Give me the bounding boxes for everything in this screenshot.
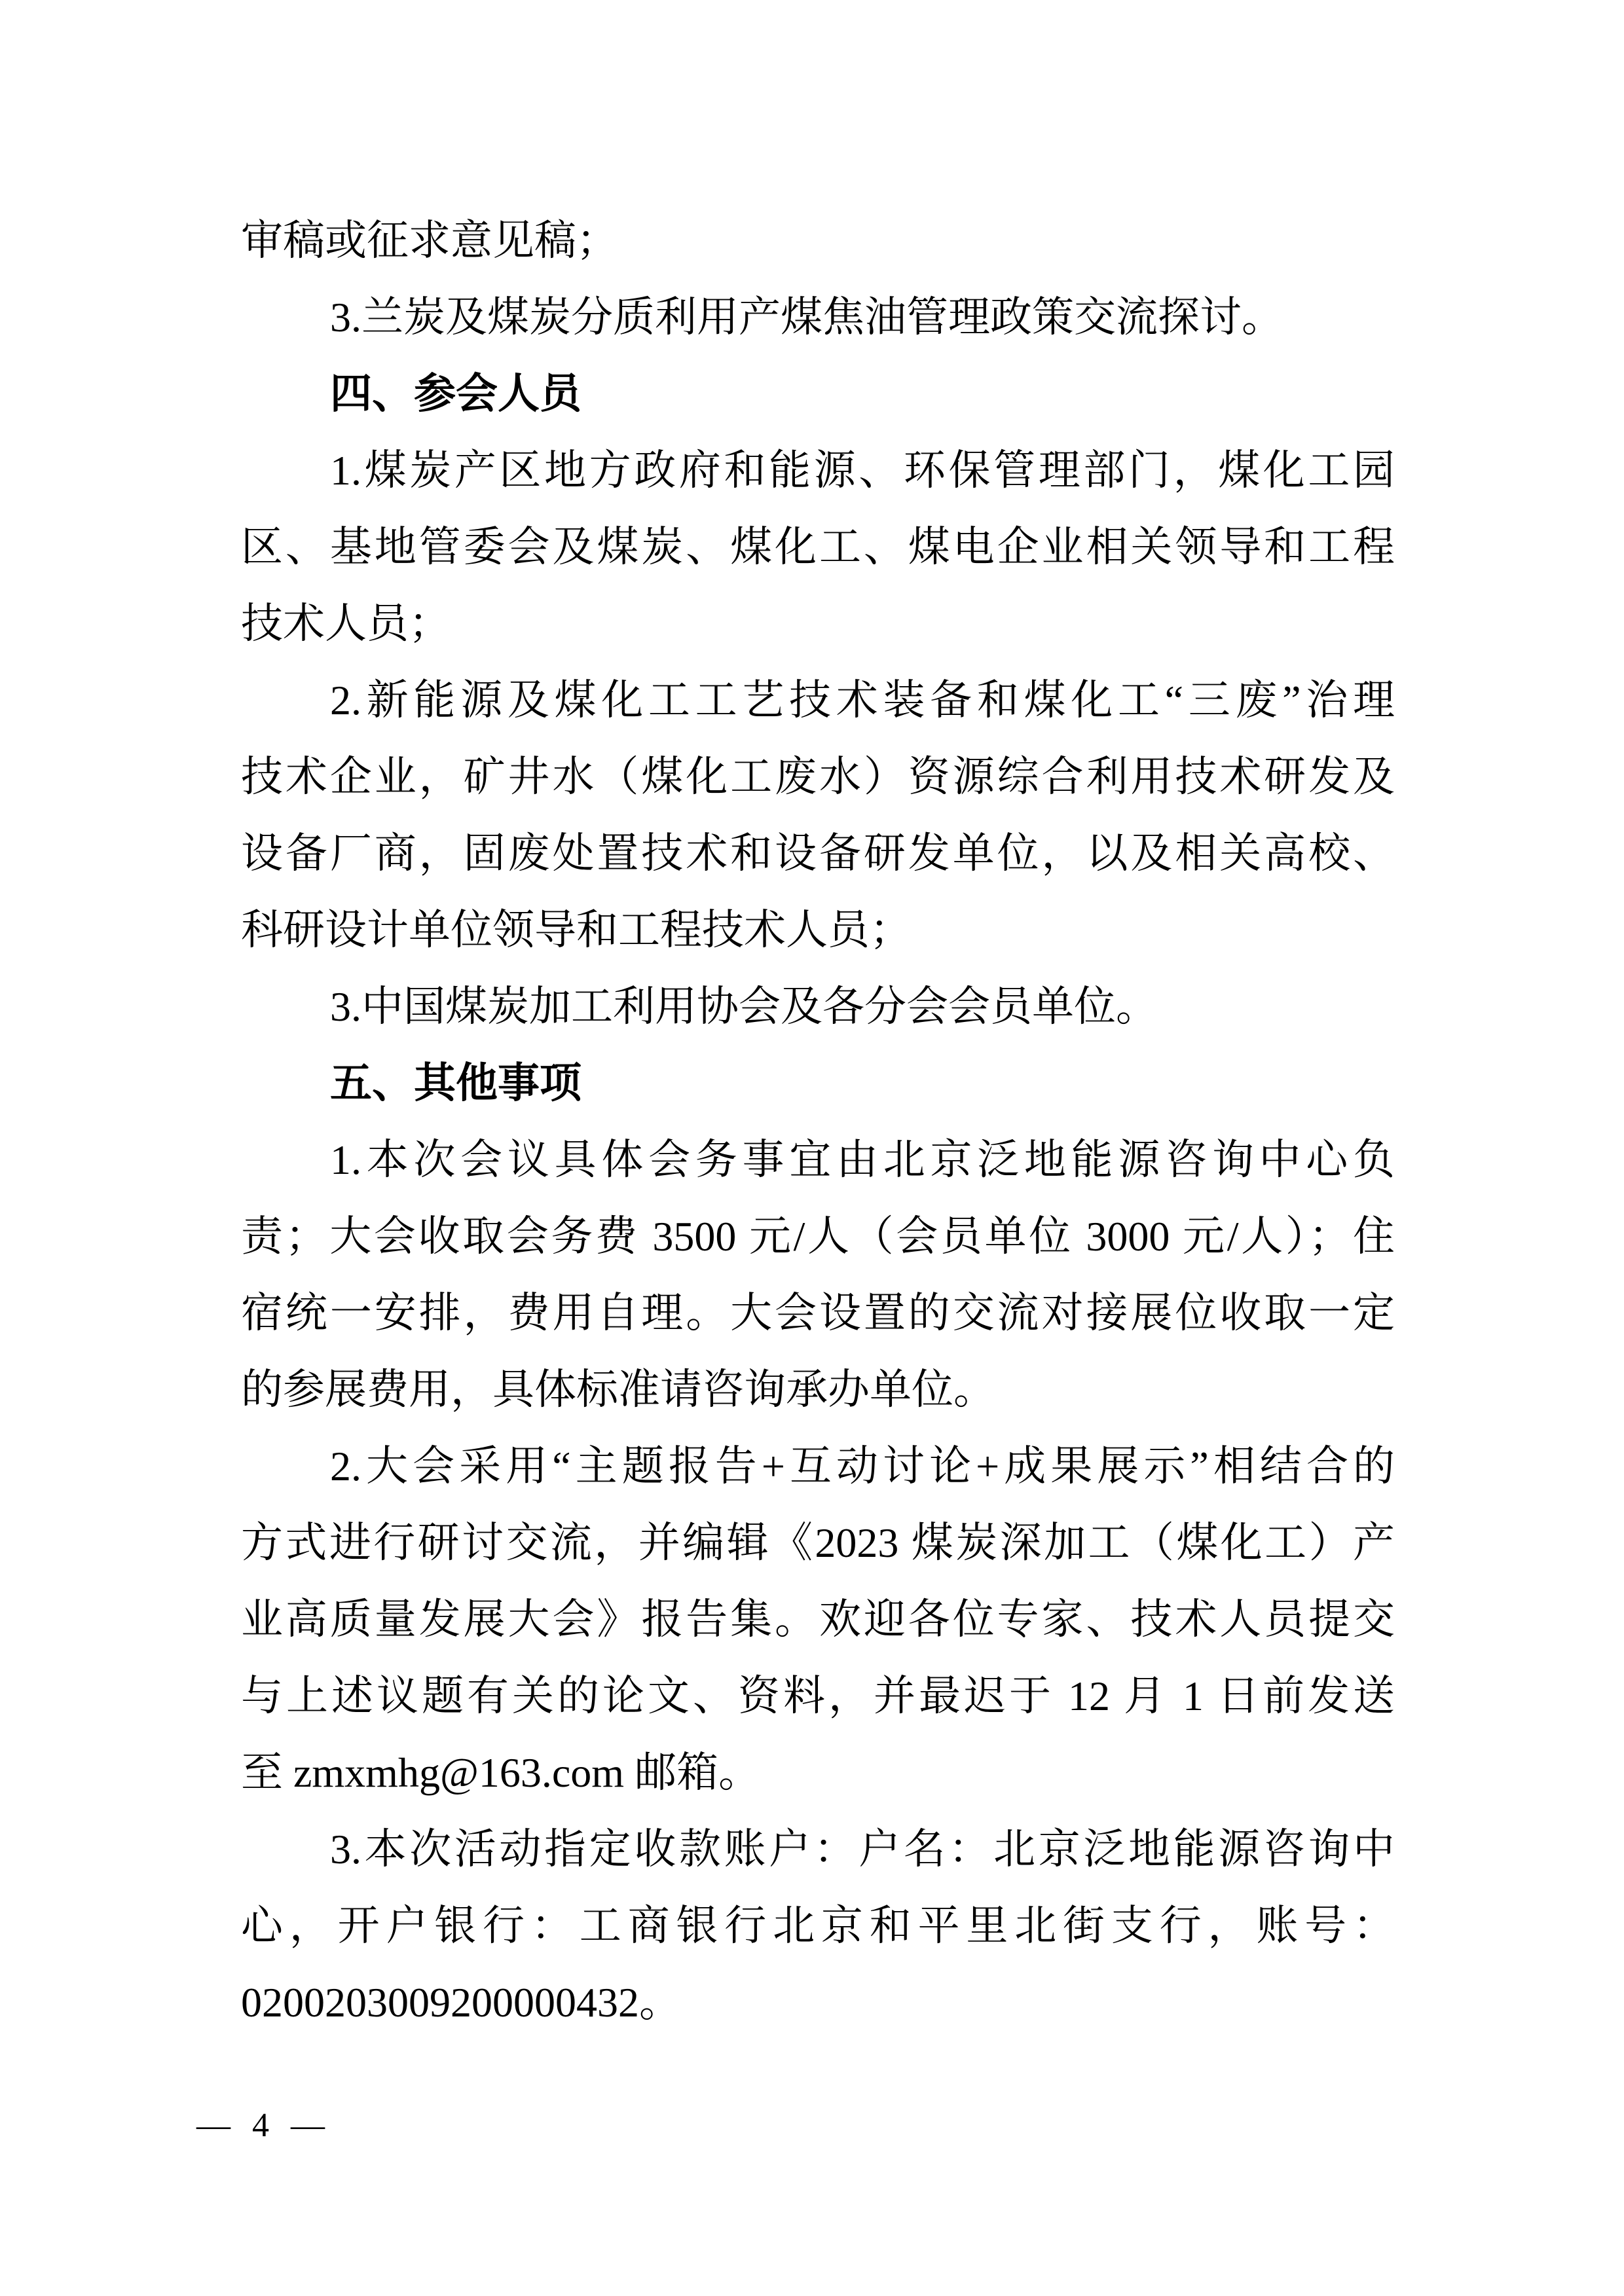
document-line: 审稿或征求意见稿；: [241, 202, 1395, 279]
document-line: 心，开户银行：工商银行北京和平里北街支行，账号：: [241, 1887, 1395, 1964]
document-line: 技术人员；: [241, 585, 1395, 662]
document-line: 2.新能源及煤化工工艺技术装备和煤化工“三废”治理: [241, 662, 1395, 738]
document-line: 四、参会人员: [241, 355, 1395, 432]
page-number: — 4 —: [196, 2103, 331, 2149]
page: 审稿或征求意见稿；3.兰炭及煤炭分质利用产煤焦油管理政策交流探讨。四、参会人员1…: [0, 0, 1624, 2296]
document-line: 宿统一安排，费用自理。大会设置的交流对接展位收取一定: [241, 1275, 1395, 1351]
document-line: 的参展费用，具体标准请咨询承办单位。: [241, 1351, 1395, 1428]
document-line: 责；大会收取会务费 3500 元/人（会员单位 3000 元/人）；住: [241, 1198, 1395, 1275]
document-line: 与上述议题有关的论文、资料，并最迟于 12 月 1 日前发送: [241, 1658, 1395, 1734]
document-line: 业高质量发展大会》报告集。欢迎各位专家、技术人员提交: [241, 1581, 1395, 1658]
document-line: 五、其他事项: [241, 1045, 1395, 1121]
document-line: 3.中国煤炭加工利用协会及各分会会员单位。: [241, 968, 1395, 1045]
document-line: 0200203009200000432。: [241, 1964, 1395, 2041]
document-line: 2.大会采用“主题报告+互动讨论+成果展示”相结合的: [241, 1428, 1395, 1504]
document-line: 方式进行研讨交流，并编辑《2023 煤炭深加工（煤化工）产: [241, 1504, 1395, 1581]
document-line: 设备厂商，固废处置技术和设备研发单位，以及相关高校、: [241, 815, 1395, 892]
document-line: 1.本次会议具体会务事宜由北京泛地能源咨询中心负: [241, 1121, 1395, 1198]
document-line: 1.煤炭产区地方政府和能源、环保管理部门，煤化工园: [241, 432, 1395, 509]
document-body: 审稿或征求意见稿；3.兰炭及煤炭分质利用产煤焦油管理政策交流探讨。四、参会人员1…: [241, 202, 1395, 2041]
document-line: 科研设计单位领导和工程技术人员；: [241, 892, 1395, 968]
document-line: 技术企业，矿井水（煤化工废水）资源综合利用技术研发及: [241, 738, 1395, 815]
document-line: 3.本次活动指定收款账户：户名：北京泛地能源咨询中: [241, 1811, 1395, 1887]
document-line: 至 zmxmhg@163.com 邮箱。: [241, 1734, 1395, 1811]
document-line: 区、基地管委会及煤炭、煤化工、煤电企业相关领导和工程: [241, 509, 1395, 585]
document-line: 3.兰炭及煤炭分质利用产煤焦油管理政策交流探讨。: [241, 279, 1395, 355]
